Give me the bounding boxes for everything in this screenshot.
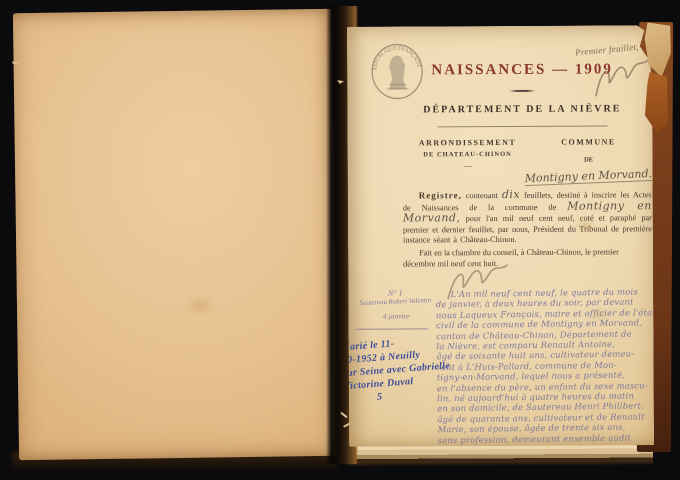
left-blank-page [13, 9, 338, 460]
register-scan: RÉPUBLIQUE FRANÇAISE Premier feuillet, N… [0, 0, 680, 480]
margin-separator-line [355, 328, 428, 329]
act-margin-date: 4 janvier [366, 311, 426, 320]
page-title: NAISSANCES — 1909 [407, 61, 637, 79]
section-rule [437, 125, 607, 127]
birth-act-text: L'An mil neuf cent neuf, le quatre du mo… [436, 286, 654, 445]
registre-print-1: contenant [466, 191, 498, 200]
registre-handwritten-dix: dix [502, 188, 520, 201]
commune-prefix: DE [584, 157, 593, 164]
commune-block: COMMUNE DE Montigny en Morvand. [522, 137, 654, 185]
title-ornament-rule [509, 90, 535, 92]
commune-label: COMMUNE [522, 137, 654, 147]
register-title-page: RÉPUBLIQUE FRANÇAISE Premier feuillet, N… [347, 25, 654, 447]
arrondissement-dash: — [408, 161, 528, 171]
departement-heading: DÉPARTEMENT DE LA NIÈVRE [407, 103, 637, 115]
arrondissement-label: ARRONDISSEMENT [407, 138, 527, 148]
foxing-stain [578, 221, 594, 231]
registre-lead: Registre, [419, 190, 462, 200]
arrondissement-block: ARRONDISSEMENT DE CHATEAU-CHINON — [407, 138, 527, 171]
act-margin-child-name: Sautereau Robert Valentin [344, 297, 446, 308]
act-line: sans profession, demeurant ensemble audi… [438, 432, 654, 445]
act-margin-number: N° 1 [360, 288, 430, 297]
foxing-stain [593, 310, 605, 319]
commune-handwritten-value: Montigny en Morvand. [525, 167, 653, 186]
registre-declaration: Registre, contenant dix feuillets, desti… [403, 189, 652, 246]
arrondissement-value: DE CHATEAU-CHINON [408, 151, 528, 159]
foxing-stain [190, 300, 210, 312]
